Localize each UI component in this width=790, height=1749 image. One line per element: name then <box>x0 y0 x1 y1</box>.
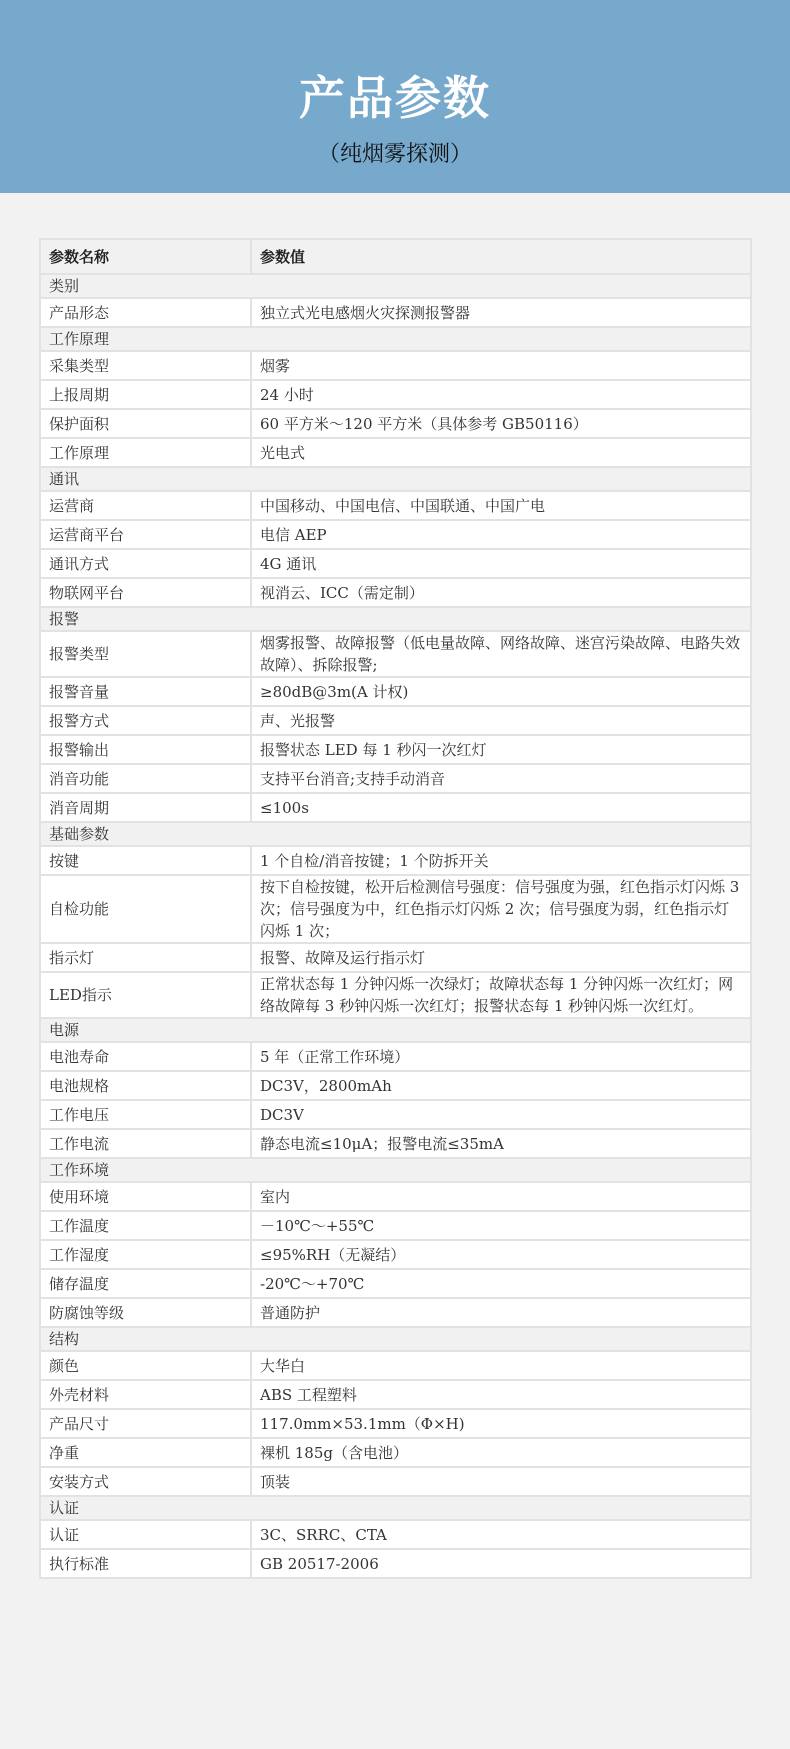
section-label: 电源 <box>40 1018 751 1042</box>
param-name: 电池规格 <box>40 1071 251 1100</box>
table-body: 类别产品形态独立式光电感烟火灾探测报警器工作原理采集类型烟雾上报周期24 小时保… <box>40 274 751 1578</box>
param-value: DC3V <box>251 1100 751 1129</box>
param-name: 运营商 <box>40 491 251 520</box>
column-header-value: 参数值 <box>251 239 751 274</box>
param-name: 通讯方式 <box>40 549 251 578</box>
param-name: 执行标准 <box>40 1549 251 1578</box>
param-value: ≤100s <box>251 793 751 822</box>
table-row: 运营商中国移动、中国电信、中国联通、中国广电 <box>40 491 751 520</box>
table-row: 自检功能按下自检按键，松开后检测信号强度：信号强度为强，红色指示灯闪烁 3 次；… <box>40 875 751 943</box>
param-name: 报警方式 <box>40 706 251 735</box>
table-row: 报警方式声、光报警 <box>40 706 751 735</box>
section-label: 工作原理 <box>40 327 751 351</box>
param-value: 报警状态 LED 每 1 秒闪一次红灯 <box>251 735 751 764</box>
param-value: ≥80dB@3m(A 计权) <box>251 677 751 706</box>
param-value: 室内 <box>251 1182 751 1211</box>
table-row: 使用环境室内 <box>40 1182 751 1211</box>
param-name: 颜色 <box>40 1351 251 1380</box>
param-value: 视消云、ICC（需定制） <box>251 578 751 607</box>
section-row: 通讯 <box>40 467 751 491</box>
param-value: 60 平方米～120 平方米（具体参考 GB50116） <box>251 409 751 438</box>
table-row: 采集类型烟雾 <box>40 351 751 380</box>
table-header-row: 参数名称 参数值 <box>40 239 751 274</box>
section-label: 基础参数 <box>40 822 751 846</box>
table-row: 电池寿命5 年（正常工作环境） <box>40 1042 751 1071</box>
table-row: 报警输出报警状态 LED 每 1 秒闪一次红灯 <box>40 735 751 764</box>
table-row: 通讯方式4G 通讯 <box>40 549 751 578</box>
table-row: 工作原理光电式 <box>40 438 751 467</box>
param-value: -20℃～+70℃ <box>251 1269 751 1298</box>
param-value: 声、光报警 <box>251 706 751 735</box>
param-name: 指示灯 <box>40 943 251 972</box>
table-row: 工作湿度≤95%RH（无凝结） <box>40 1240 751 1269</box>
table-row: 消音周期≤100s <box>40 793 751 822</box>
param-name: 使用环境 <box>40 1182 251 1211</box>
param-name: 工作原理 <box>40 438 251 467</box>
param-value: 电信 AEP <box>251 520 751 549</box>
param-name: 安装方式 <box>40 1467 251 1496</box>
param-value: 报警、故障及运行指示灯 <box>251 943 751 972</box>
param-value: 5 年（正常工作环境） <box>251 1042 751 1071</box>
param-value: 光电式 <box>251 438 751 467</box>
param-name: 防腐蚀等级 <box>40 1298 251 1327</box>
param-value: 117.0mm×53.1mm（Φ×H) <box>251 1409 751 1438</box>
table-row: 颜色大华白 <box>40 1351 751 1380</box>
param-value: 1 个自检/消音按键；1 个防拆开关 <box>251 846 751 875</box>
param-name: 物联网平台 <box>40 578 251 607</box>
table-row: 认证3C、SRRC、CTA <box>40 1520 751 1549</box>
table-row: 报警类型烟雾报警、故障报警（低电量故障、网络故障、迷宫污染故障、电路失效故障）、… <box>40 631 751 677</box>
param-name: 产品尺寸 <box>40 1409 251 1438</box>
table-row: 物联网平台视消云、ICC（需定制） <box>40 578 751 607</box>
param-name: 上报周期 <box>40 380 251 409</box>
table-row: 工作电压DC3V <box>40 1100 751 1129</box>
section-row: 电源 <box>40 1018 751 1042</box>
param-name: 净重 <box>40 1438 251 1467</box>
param-name: 产品形态 <box>40 298 251 327</box>
table-row: 保护面积60 平方米～120 平方米（具体参考 GB50116） <box>40 409 751 438</box>
column-header-name: 参数名称 <box>40 239 251 274</box>
section-row: 认证 <box>40 1496 751 1520</box>
param-name: 工作湿度 <box>40 1240 251 1269</box>
section-label: 认证 <box>40 1496 751 1520</box>
param-name: 消音周期 <box>40 793 251 822</box>
table-row: 按键1 个自检/消音按键；1 个防拆开关 <box>40 846 751 875</box>
spec-table-container: 参数名称 参数值 类别产品形态独立式光电感烟火灾探测报警器工作原理采集类型烟雾上… <box>39 238 752 1579</box>
table-row: 报警音量≥80dB@3m(A 计权) <box>40 677 751 706</box>
param-value: 烟雾 <box>251 351 751 380</box>
param-value: GB 20517-2006 <box>251 1549 751 1578</box>
param-value: ABS 工程塑料 <box>251 1380 751 1409</box>
table-row: 执行标准GB 20517-2006 <box>40 1549 751 1578</box>
section-label: 类别 <box>40 274 751 298</box>
param-value: 3C、SRRC、CTA <box>251 1520 751 1549</box>
table-row: 外壳材料ABS 工程塑料 <box>40 1380 751 1409</box>
section-row: 报警 <box>40 607 751 631</box>
param-value: 顶装 <box>251 1467 751 1496</box>
section-row: 工作原理 <box>40 327 751 351</box>
table-row: 产品尺寸117.0mm×53.1mm（Φ×H) <box>40 1409 751 1438</box>
table-row: 电池规格DC3V，2800mAh <box>40 1071 751 1100</box>
param-name: 运营商平台 <box>40 520 251 549</box>
table-row: 储存温度-20℃～+70℃ <box>40 1269 751 1298</box>
page-header: 产品参数 （纯烟雾探测） <box>0 0 790 193</box>
param-name: 储存温度 <box>40 1269 251 1298</box>
param-value: －10℃～+55℃ <box>251 1211 751 1240</box>
table-row: 消音功能支持平台消音;支持手动消音 <box>40 764 751 793</box>
param-name: 按键 <box>40 846 251 875</box>
param-name: 自检功能 <box>40 875 251 943</box>
param-name: 报警类型 <box>40 631 251 677</box>
spec-table: 参数名称 参数值 类别产品形态独立式光电感烟火灾探测报警器工作原理采集类型烟雾上… <box>39 238 752 1579</box>
param-value: 中国移动、中国电信、中国联通、中国广电 <box>251 491 751 520</box>
page-subtitle: （纯烟雾探测） <box>0 140 790 170</box>
table-row: LED指示正常状态每 1 分钟闪烁一次绿灯；故障状态每 1 分钟闪烁一次红灯；网… <box>40 972 751 1018</box>
table-row: 上报周期24 小时 <box>40 380 751 409</box>
param-name: LED指示 <box>40 972 251 1018</box>
table-row: 净重裸机 185g（含电池） <box>40 1438 751 1467</box>
param-name: 电池寿命 <box>40 1042 251 1071</box>
param-value: 静态电流≤10μA；报警电流≤35mA <box>251 1129 751 1158</box>
param-value: 普通防护 <box>251 1298 751 1327</box>
param-value: 裸机 185g（含电池） <box>251 1438 751 1467</box>
param-value: 大华白 <box>251 1351 751 1380</box>
param-name: 消音功能 <box>40 764 251 793</box>
param-name: 外壳材料 <box>40 1380 251 1409</box>
param-name: 采集类型 <box>40 351 251 380</box>
param-name: 认证 <box>40 1520 251 1549</box>
param-name: 工作电压 <box>40 1100 251 1129</box>
section-row: 基础参数 <box>40 822 751 846</box>
section-label: 报警 <box>40 607 751 631</box>
param-name: 报警输出 <box>40 735 251 764</box>
param-name: 报警音量 <box>40 677 251 706</box>
table-row: 指示灯报警、故障及运行指示灯 <box>40 943 751 972</box>
table-row: 防腐蚀等级普通防护 <box>40 1298 751 1327</box>
section-row: 工作环境 <box>40 1158 751 1182</box>
param-name: 工作电流 <box>40 1129 251 1158</box>
table-row: 工作电流静态电流≤10μA；报警电流≤35mA <box>40 1129 751 1158</box>
page-title: 产品参数 <box>0 70 790 126</box>
param-name: 工作温度 <box>40 1211 251 1240</box>
param-value: DC3V，2800mAh <box>251 1071 751 1100</box>
param-value: 24 小时 <box>251 380 751 409</box>
table-row: 工作温度－10℃～+55℃ <box>40 1211 751 1240</box>
param-value: 烟雾报警、故障报警（低电量故障、网络故障、迷宫污染故障、电路失效故障）、拆除报警… <box>251 631 751 677</box>
table-row: 产品形态独立式光电感烟火灾探测报警器 <box>40 298 751 327</box>
param-value: 独立式光电感烟火灾探测报警器 <box>251 298 751 327</box>
param-value: 按下自检按键，松开后检测信号强度：信号强度为强，红色指示灯闪烁 3 次；信号强度… <box>251 875 751 943</box>
param-value: ≤95%RH（无凝结） <box>251 1240 751 1269</box>
section-label: 通讯 <box>40 467 751 491</box>
section-label: 结构 <box>40 1327 751 1351</box>
param-value: 支持平台消音;支持手动消音 <box>251 764 751 793</box>
section-label: 工作环境 <box>40 1158 751 1182</box>
param-value: 正常状态每 1 分钟闪烁一次绿灯；故障状态每 1 分钟闪烁一次红灯；网络故障每 … <box>251 972 751 1018</box>
param-name: 保护面积 <box>40 409 251 438</box>
table-row: 安装方式顶装 <box>40 1467 751 1496</box>
param-value: 4G 通讯 <box>251 549 751 578</box>
section-row: 结构 <box>40 1327 751 1351</box>
section-row: 类别 <box>40 274 751 298</box>
table-row: 运营商平台电信 AEP <box>40 520 751 549</box>
